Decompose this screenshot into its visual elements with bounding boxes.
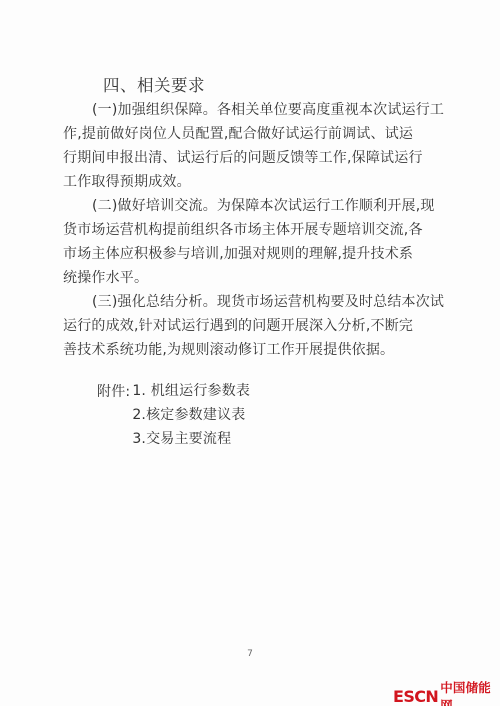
attachments-list: 1. 机组运行参数表 2.核定参数建议表 3.交易主要流程 xyxy=(132,380,250,452)
section-heading: 四、相关要求 xyxy=(63,74,443,98)
text-line: 行期间申报出清、试运行后的问题反馈等工作,保障试运行 xyxy=(63,146,443,170)
page-number: 7 xyxy=(0,649,500,659)
text-line: 善技术系统功能,为规则滚动修订工作开展提供依据。 xyxy=(63,338,443,362)
paragraph: (一)加强组织保障。各相关单位要高度重视本次试运行工 作,提前做好岗位人员配置,… xyxy=(63,98,443,194)
paragraph: (三)强化总结分析。现货市场运营机构要及时总结本次试 运行的成效,针对试运行遇到… xyxy=(63,290,443,362)
escn-logo: ESCN 中国储能网 xyxy=(393,678,500,706)
text-line: 市场主体应积极参与培训,加强对规则的理解,提升技术系 xyxy=(63,242,443,266)
paragraph: (二)做好培训交流。为保障本次试运行工作顺利开展,现 货市场运营机构提前组织各市… xyxy=(63,194,443,290)
attachments-label: 附件: xyxy=(63,380,130,404)
text-line: 工作取得预期成效。 xyxy=(63,170,443,194)
attachment-item: 2.核定参数建议表 xyxy=(132,404,250,428)
logo-chinese-text: 中国储能网 xyxy=(440,678,500,706)
attachment-item: 3.交易主要流程 xyxy=(132,428,250,452)
logo-latin-text: ESCN xyxy=(393,687,438,706)
text-line: 货市场运营机构提前组织各市场主体开展专题培训交流,各 xyxy=(63,218,443,242)
text-line: 运行的成效,针对试运行遇到的问题开展深入分析,不断完 xyxy=(63,314,443,338)
text-line: (一)加强组织保障。各相关单位要高度重视本次试运行工 xyxy=(63,98,443,122)
text-line: 作,提前做好岗位人员配置,配合做好试运行前调试、试运 xyxy=(63,122,443,146)
attachments-block: 附件: 1. 机组运行参数表 2.核定参数建议表 3.交易主要流程 xyxy=(63,380,443,452)
attachment-item: 1. 机组运行参数表 xyxy=(132,380,250,404)
document-page: 四、相关要求 (一)加强组织保障。各相关单位要高度重视本次试运行工 作,提前做好… xyxy=(0,0,500,706)
text-line: (三)强化总结分析。现货市场运营机构要及时总结本次试 xyxy=(63,290,443,314)
document-content: 四、相关要求 (一)加强组织保障。各相关单位要高度重视本次试运行工 作,提前做好… xyxy=(63,74,443,452)
text-line: (二)做好培训交流。为保障本次试运行工作顺利开展,现 xyxy=(63,194,443,218)
text-line: 统操作水平。 xyxy=(63,266,443,290)
